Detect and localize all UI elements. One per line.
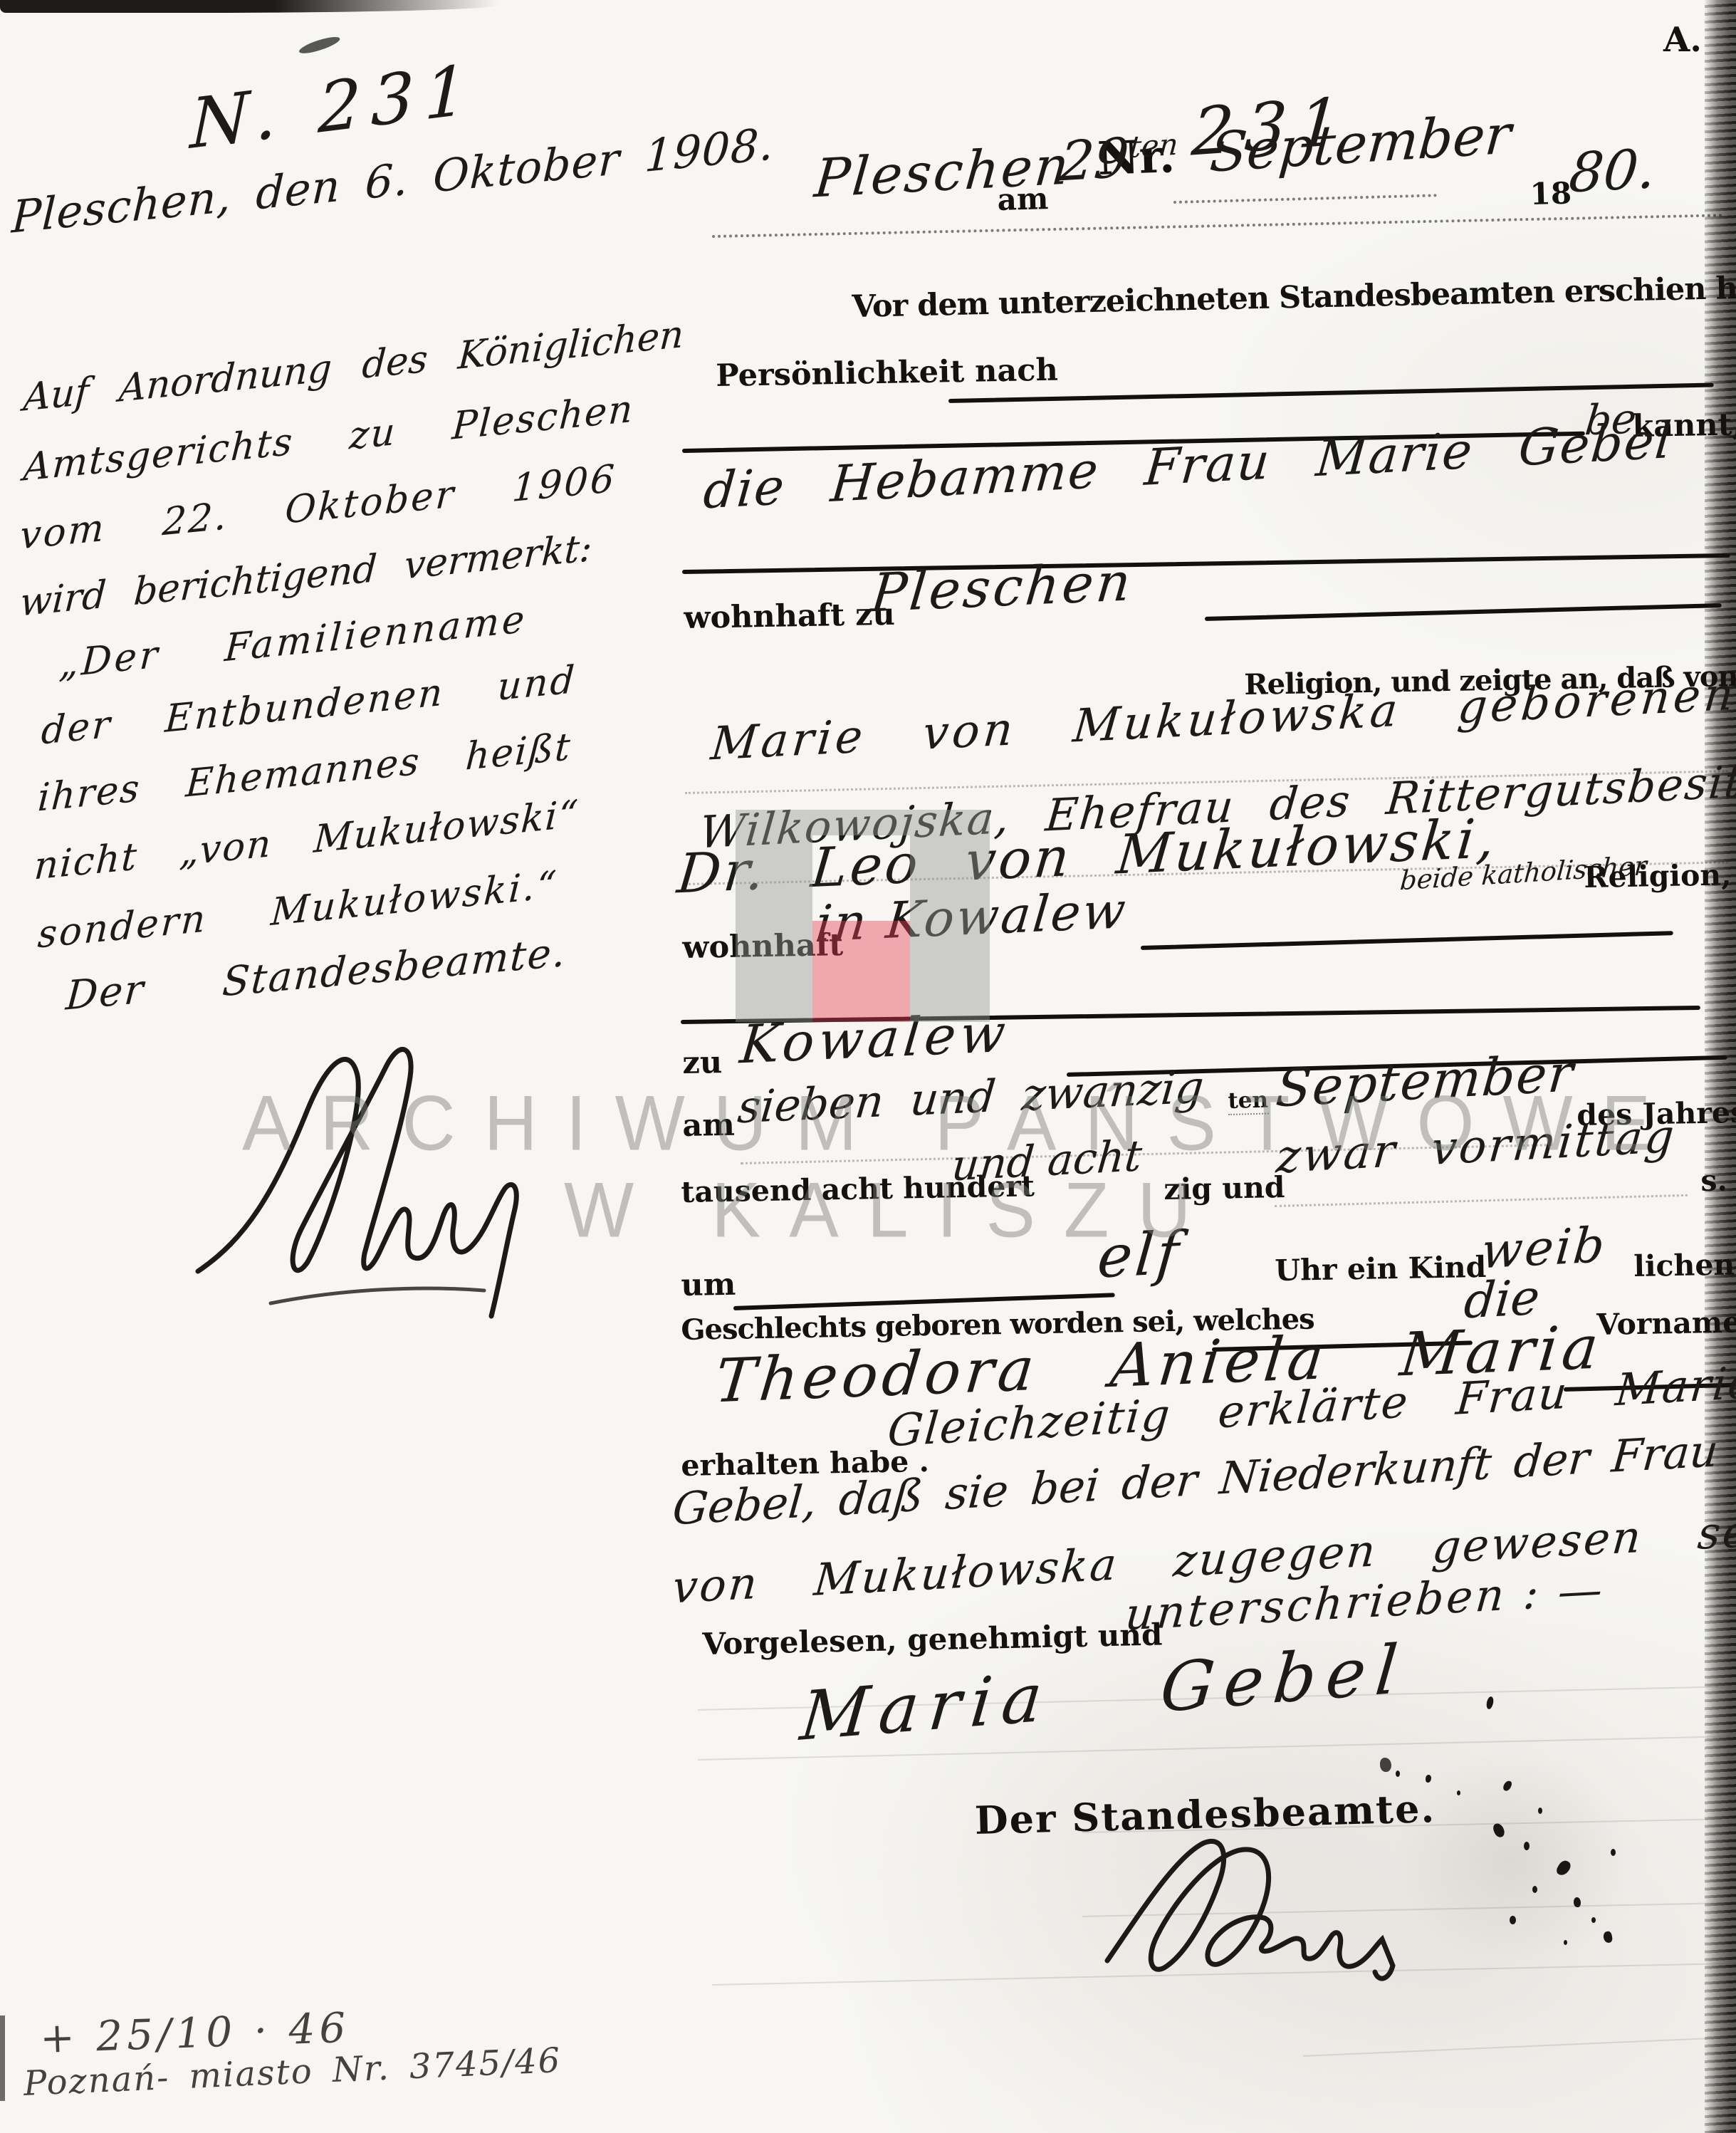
watermark-text-line2: W KALISZU <box>564 1167 1220 1256</box>
ink-blot <box>1510 1916 1516 1924</box>
am-label: am <box>997 181 1049 217</box>
ink-blot <box>1564 1940 1567 1945</box>
margin-entry-number: N. 231 <box>189 49 478 165</box>
declarant-line: die Hebamme Frau Marie Gebel <box>701 411 1675 521</box>
dotted-leader-line <box>1173 194 1437 204</box>
year-printed-prefix: 18 <box>1530 175 1572 212</box>
registration-date: 29ten September <box>1057 102 1513 193</box>
registration-day: 29 <box>1057 125 1131 194</box>
archive-logo-red-door <box>812 921 910 1022</box>
gender-value: weib <box>1479 1217 1609 1281</box>
archive-logo-left-pillar <box>736 835 812 1022</box>
margin-signature-flourish <box>185 1026 555 1332</box>
religion2-label: Religion, <box>1584 857 1732 895</box>
form-rule-line <box>682 553 1730 574</box>
ink-blot <box>1538 1808 1542 1814</box>
scan-top-edge <box>0 0 498 13</box>
pencil-guide-line <box>1303 2036 1736 2057</box>
form-rule-line <box>1141 931 1673 950</box>
archive-logo-top-bar <box>736 810 990 835</box>
registration-day-suffix: ten <box>1128 127 1179 165</box>
ink-blot <box>1591 1917 1596 1923</box>
s-suffix-label: s. <box>1700 1163 1727 1198</box>
vornamen-label: Vornamen <box>1596 1305 1736 1342</box>
zu-label: zu <box>682 1045 723 1081</box>
year-written: 80. <box>1567 137 1658 205</box>
ink-blot <box>1532 1886 1537 1893</box>
uhr-ein-kind-label: Uhr ein Kind <box>1275 1250 1487 1288</box>
archive-logo-gate <box>736 810 990 1022</box>
intro-line: Vor dem unterzeichneten Standesbeamten e… <box>852 268 1736 325</box>
dotted-leader-line <box>1275 1194 1688 1207</box>
ink-blot <box>1380 1758 1391 1772</box>
ink-blot <box>1485 1696 1495 1709</box>
wohnhaft-zu-value: Pleschen <box>869 551 1136 624</box>
lichen-label: lichen. <box>1633 1247 1736 1283</box>
watermark-text-line1: ARCHIWUM PAŃSTWOWE <box>242 1080 1679 1169</box>
ink-blot <box>1524 1842 1530 1850</box>
scanned-birth-record-page: N. 231 Pleschen, den 6. Oktober 1908. Au… <box>0 0 1736 2133</box>
ink-blot <box>1396 1770 1400 1777</box>
dotted-leader-line <box>712 214 1723 238</box>
archive-logo-right-pillar <box>910 835 990 1022</box>
form-rule-line <box>1205 603 1722 621</box>
page-corner-letter: A. <box>1663 20 1702 60</box>
mother-name-line1: Marie von Mukułowska geborenen <box>708 668 1736 771</box>
persoenlichkeit-label: Persönlichkeit nach <box>716 353 1058 394</box>
scan-left-edge-mark <box>0 2015 5 2101</box>
book-spine-edge <box>1705 0 1736 2133</box>
ink-blot <box>1457 1790 1460 1795</box>
scan-corner-mark <box>298 33 341 56</box>
um-label: um <box>681 1267 736 1303</box>
wohnhaft-zu-label: wohnhaft zu <box>684 597 895 636</box>
ink-blot <box>1611 1849 1616 1856</box>
ink-smudge <box>1396 1752 1631 1966</box>
